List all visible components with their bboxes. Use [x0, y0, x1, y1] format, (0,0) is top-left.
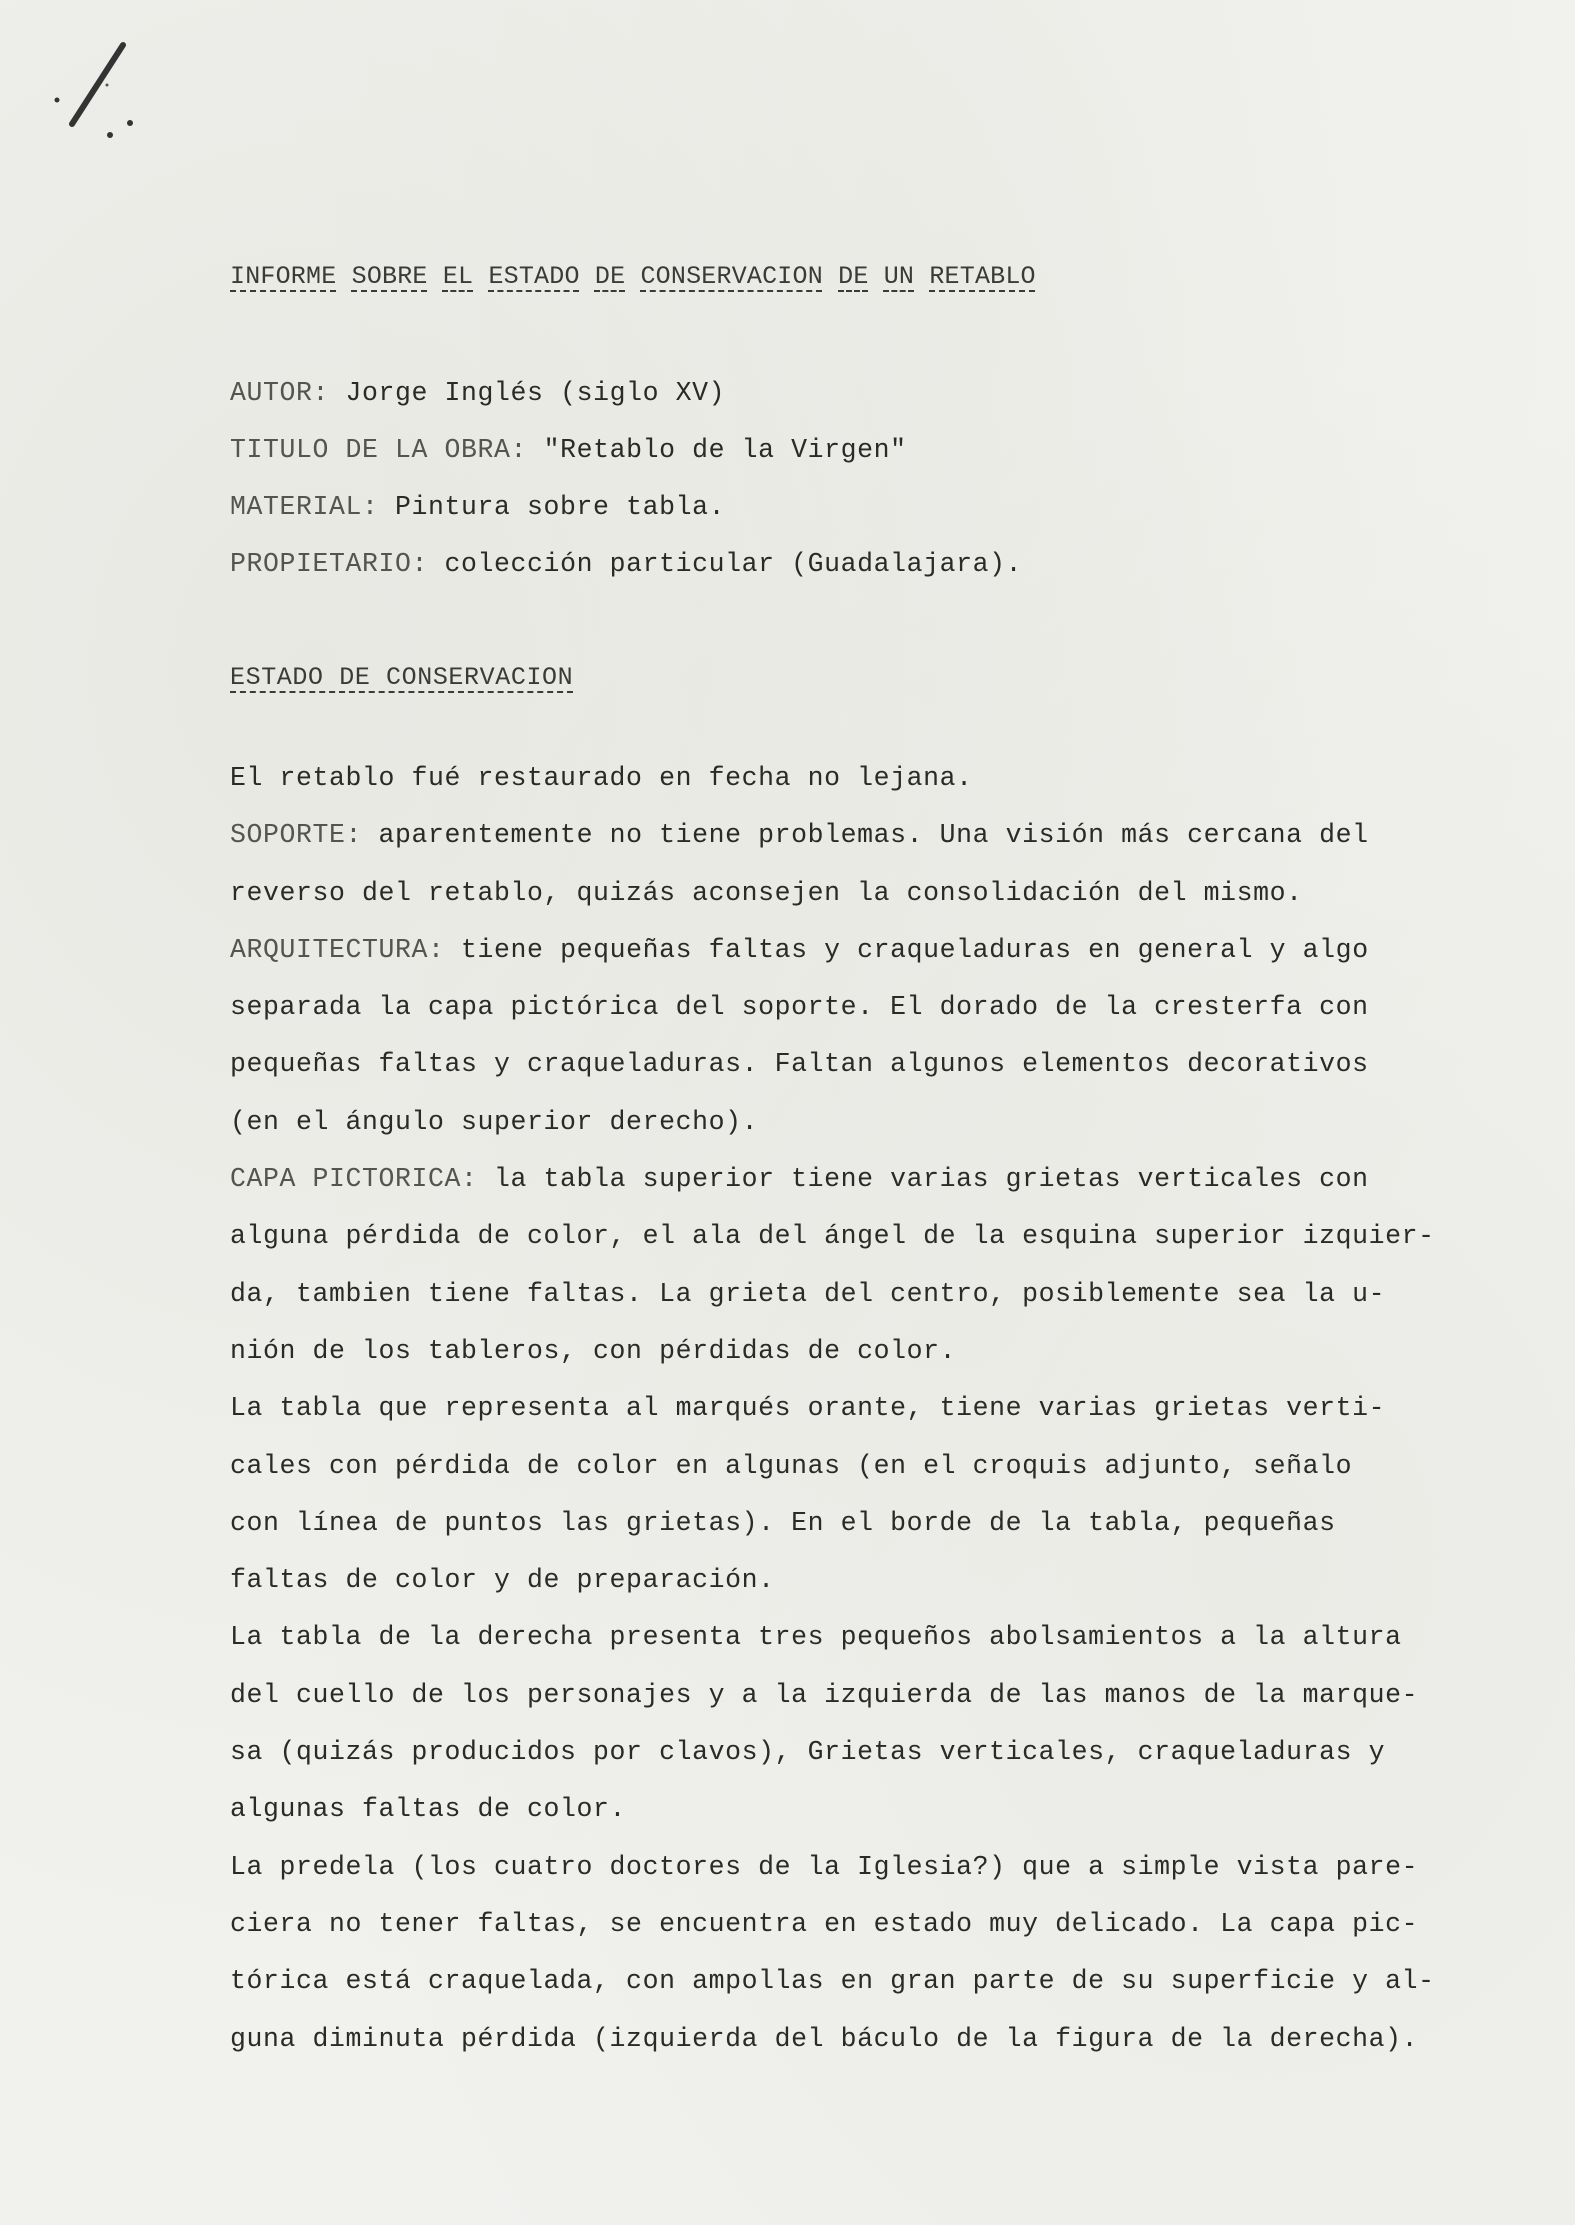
body-line: SOPORTE: aparentemente no tiene problema…: [230, 815, 1435, 872]
body-line: guna diminuta pérdida (izquierda del bác…: [230, 2019, 1435, 2076]
body-line: La tabla que representa al marqués orant…: [230, 1388, 1435, 1445]
title-word: SOBRE: [352, 262, 428, 291]
conservation-report-body: El retablo fué restaurado en fecha no le…: [230, 758, 1435, 2076]
body-line-text: separada la capa pictórica del soporte. …: [230, 992, 1369, 1022]
body-line: La tabla de la derecha presenta tres peq…: [230, 1617, 1435, 1674]
body-line-label: CAPA PICTORICA:: [230, 1164, 478, 1194]
metadata-line: AUTOR: Jorge Inglés (siglo XV): [230, 373, 1022, 430]
body-line-text: nión de los tableros, con pérdidas de co…: [230, 1336, 956, 1366]
metadata-value: Jorge Inglés (siglo XV): [346, 378, 726, 408]
metadata-line: TITULO DE LA OBRA: "Retablo de la Virgen…: [230, 430, 1022, 487]
body-line-text: La tabla de la derecha presenta tres peq…: [230, 1622, 1402, 1652]
body-line-text: con línea de puntos las grietas). En el …: [230, 1508, 1336, 1538]
body-line-text: da, tambien tiene faltas. La grieta del …: [230, 1279, 1385, 1309]
metadata-value: colección particular (Guadalajara).: [445, 549, 1023, 579]
metadata-line: MATERIAL: Pintura sobre tabla.: [230, 487, 1022, 544]
body-line: algunas faltas de color.: [230, 1789, 1435, 1846]
title-word: DE: [838, 262, 868, 291]
body-line: da, tambien tiene faltas. La grieta del …: [230, 1274, 1435, 1331]
body-line-text: sa (quizás producidos por clavos), Griet…: [230, 1737, 1385, 1767]
body-line-text: La predela (los cuatro doctores de la Ig…: [230, 1852, 1418, 1882]
title-word: INFORME: [230, 262, 336, 291]
page-number-mark: [30, 40, 190, 140]
metadata-label: AUTOR:: [230, 378, 346, 408]
section-title: ESTADO DE CONSERVACION: [230, 663, 573, 692]
body-line-text: alguna pérdida de color, el ala del ánge…: [230, 1221, 1435, 1251]
body-line: separada la capa pictórica del soporte. …: [230, 987, 1435, 1044]
body-line-text: tórica está craquelada, con ampollas en …: [230, 1966, 1435, 1996]
metadata-value: Pintura sobre tabla.: [395, 492, 725, 522]
body-line-text: pequeñas faltas y craqueladuras. Faltan …: [230, 1049, 1369, 1079]
report-title: INFORME SOBRE EL ESTADO DE CONSERVACION …: [230, 262, 1036, 291]
body-line: con línea de puntos las grietas). En el …: [230, 1503, 1435, 1560]
body-line: (en el ángulo superior derecho).: [230, 1102, 1435, 1159]
body-line: La predela (los cuatro doctores de la Ig…: [230, 1847, 1435, 1904]
body-line-label: SOPORTE:: [230, 820, 362, 850]
body-line: alguna pérdida de color, el ala del ánge…: [230, 1216, 1435, 1273]
body-line-text: algunas faltas de color.: [230, 1794, 626, 1824]
metadata-label: MATERIAL:: [230, 492, 395, 522]
title-word: CONSERVACION: [640, 262, 822, 291]
metadata-label: PROPIETARIO:: [230, 549, 445, 579]
artwork-metadata: AUTOR: Jorge Inglés (siglo XV)TITULO DE …: [230, 373, 1022, 601]
title-word: ESTADO: [488, 262, 579, 291]
metadata-label: TITULO DE LA OBRA:: [230, 435, 544, 465]
title-word: DE: [595, 262, 625, 291]
body-line-text: ciera no tener faltas, se encuentra en e…: [230, 1909, 1418, 1939]
body-line: reverso del retablo, quizás aconsejen la…: [230, 873, 1435, 930]
body-line: ciera no tener faltas, se encuentra en e…: [230, 1904, 1435, 1961]
body-line-text: cales con pérdida de color en algunas (e…: [230, 1451, 1352, 1481]
body-line-text: del cuello de los personajes y a la izqu…: [230, 1680, 1418, 1710]
body-line-text: aparentemente no tiene problemas. Una vi…: [362, 820, 1369, 850]
body-line: pequeñas faltas y craqueladuras. Faltan …: [230, 1044, 1435, 1101]
body-line: El retablo fué restaurado en fecha no le…: [230, 758, 1435, 815]
body-line: sa (quizás producidos por clavos), Griet…: [230, 1732, 1435, 1789]
body-line-text: la tabla superior tiene varias grietas v…: [478, 1164, 1369, 1194]
body-line: tórica está craquelada, con ampollas en …: [230, 1961, 1435, 2018]
body-line-text: tiene pequeñas faltas y craqueladuras en…: [445, 935, 1369, 965]
body-line-text: faltas de color y de preparación.: [230, 1565, 775, 1595]
title-word: RETABLO: [929, 262, 1035, 291]
body-line: faltas de color y de preparación.: [230, 1560, 1435, 1617]
title-word: UN: [884, 262, 914, 291]
title-word: EL: [443, 262, 473, 291]
metadata-value: "Retablo de la Virgen": [544, 435, 907, 465]
body-line-text: La tabla que representa al marqués orant…: [230, 1393, 1385, 1423]
metadata-line: PROPIETARIO: colección particular (Guada…: [230, 544, 1022, 601]
body-line: del cuello de los personajes y a la izqu…: [230, 1675, 1435, 1732]
body-line-text: El retablo fué restaurado en fecha no le…: [230, 763, 973, 793]
body-line-text: guna diminuta pérdida (izquierda del bác…: [230, 2024, 1418, 2054]
body-line: cales con pérdida de color en algunas (e…: [230, 1446, 1435, 1503]
body-line: ARQUITECTURA: tiene pequeñas faltas y cr…: [230, 930, 1435, 987]
body-line: CAPA PICTORICA: la tabla superior tiene …: [230, 1159, 1435, 1216]
body-line-label: ARQUITECTURA:: [230, 935, 445, 965]
body-line-text: reverso del retablo, quizás aconsejen la…: [230, 878, 1303, 908]
body-line-text: (en el ángulo superior derecho).: [230, 1107, 758, 1137]
body-line: nión de los tableros, con pérdidas de co…: [230, 1331, 1435, 1388]
